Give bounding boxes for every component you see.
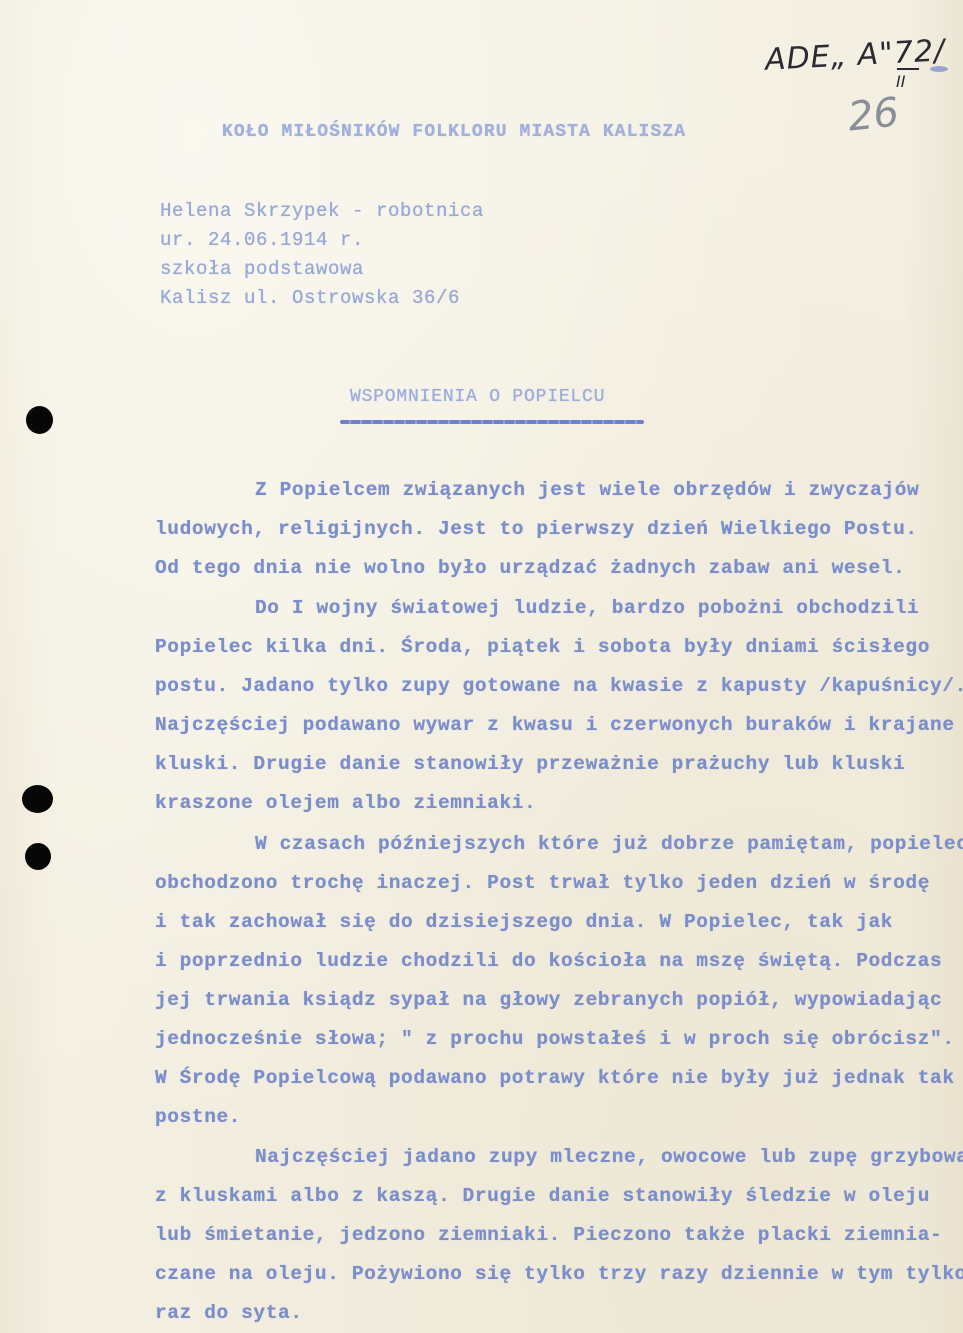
author-education: szkoła podstawowa bbox=[160, 258, 364, 280]
author-address: Kalisz ul. Ostrowska 36/6 bbox=[160, 287, 460, 309]
document-page: ADE„ A"72/ II 26 KOŁO MIŁOŚNIKÓW FOLKLOR… bbox=[0, 0, 963, 1333]
body-line: kluski. Drugie danie stanowiły przeważni… bbox=[155, 753, 905, 775]
body-line: Z Popielcem związanych jest wiele obrzęd… bbox=[255, 479, 919, 501]
punch-hole-bottom bbox=[25, 843, 51, 870]
page-number: 26 bbox=[846, 89, 901, 140]
body-line: W czasach późniejszych które już dobrze … bbox=[255, 833, 963, 855]
body-line: z kluskami albo z kaszą. Drugie danie st… bbox=[155, 1185, 930, 1207]
body-line: Do I wojny światowej ludzie, bardzo pobo… bbox=[255, 597, 919, 619]
archive-signature-dash bbox=[897, 68, 919, 70]
document-title: WSPOMNIENIA O POPIELCU bbox=[350, 387, 605, 407]
author-name: Helena Skrzypek - robotnica bbox=[160, 200, 484, 222]
body-line: kraszone olejem albo ziemniaki. bbox=[155, 792, 536, 814]
body-line: postne. bbox=[155, 1106, 241, 1128]
body-line: obchodzono trochę inaczej. Post trwał ty… bbox=[155, 872, 930, 894]
archive-signature: ADE„ A"72/ bbox=[764, 33, 946, 77]
body-line: jej trwania ksiądz sypał na głowy zebran… bbox=[155, 989, 942, 1011]
body-line: Od tego dnia nie wolno było urządzać żad… bbox=[155, 557, 905, 579]
title-underline bbox=[340, 420, 644, 424]
organization-header: KOŁO MIŁOŚNIKÓW FOLKLORU MIASTA KALISZA bbox=[222, 122, 686, 142]
body-line: Popielec kilka dni. Środa, piątek i sobo… bbox=[155, 636, 930, 658]
body-line: W Środę Popielcową podawano potrawy któr… bbox=[155, 1067, 955, 1089]
body-line: Najczęściej podawano wywar z kwasu i cze… bbox=[155, 714, 955, 736]
body-line: i tak zachował się do dzisiejszego dnia.… bbox=[155, 911, 893, 933]
author-birth-date: ur. 24.06.1914 r. bbox=[160, 229, 364, 251]
body-line: lub śmietanie, jedzono ziemniaki. Pieczo… bbox=[155, 1224, 942, 1246]
body-line: postu. Jadano tylko zupy gotowane na kwa… bbox=[155, 675, 963, 697]
punch-hole-top bbox=[26, 406, 53, 434]
body-line: czane na oleju. Pożywiono się tylko trzy… bbox=[155, 1263, 963, 1285]
body-line: ludowych, religijnych. Jest to pierwszy … bbox=[155, 518, 918, 540]
archive-signature-sub: II bbox=[896, 72, 905, 91]
punch-hole-middle bbox=[22, 785, 53, 813]
body-line: i poprzednio ludzie chodzili do kościoła… bbox=[155, 950, 942, 972]
body-line: raz do syta. bbox=[155, 1302, 303, 1324]
body-line: jednocześnie słowa; " z prochu powstałeś… bbox=[155, 1028, 955, 1050]
body-line: Najczęściej jadano zupy mleczne, owocowe… bbox=[255, 1146, 963, 1168]
ink-blot-mark bbox=[930, 66, 948, 72]
